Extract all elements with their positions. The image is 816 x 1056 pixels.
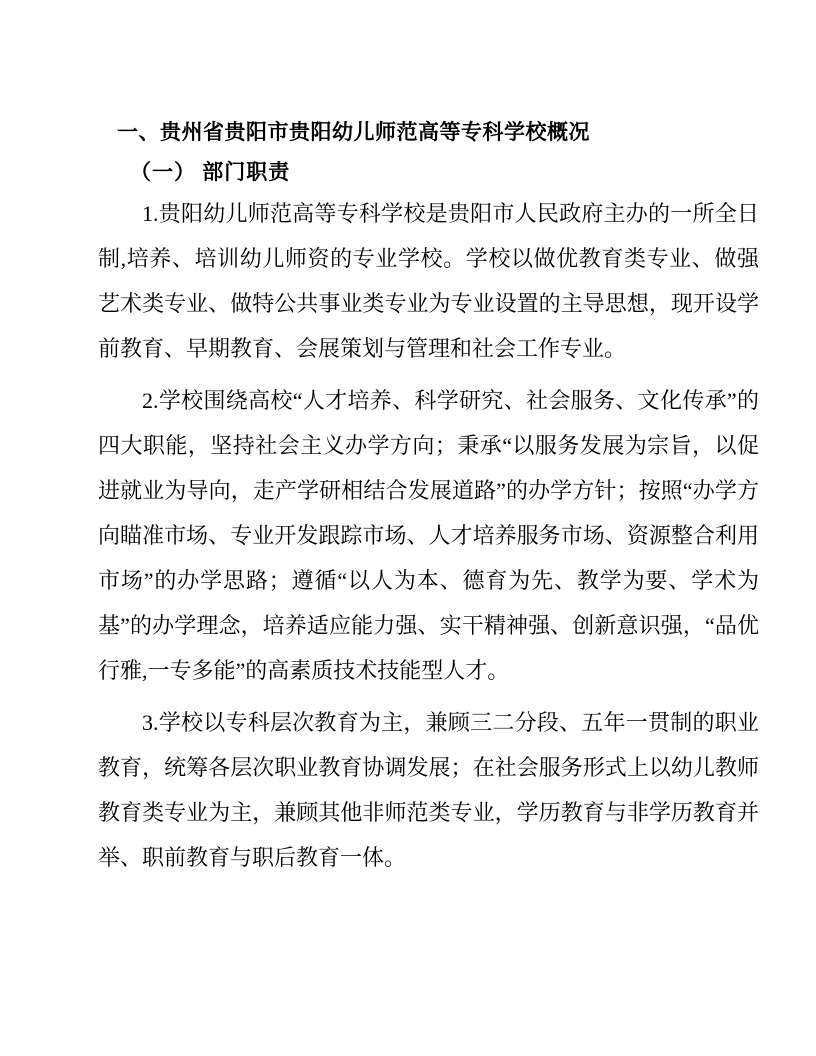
paragraph-education-levels: 3.学校以专科层次教育为主，兼顾三二分段、五年一贯制的职业教育，统筹各层次职业教… bbox=[98, 700, 759, 880]
document-content: 一、贵州省贵阳市贵阳幼儿师范高等专科学校概况 （一） 部门职责 1.贵阳幼儿师范… bbox=[98, 118, 759, 880]
document-page: 一、贵州省贵阳市贵阳幼儿师范高等专科学校概况 （一） 部门职责 1.贵阳幼儿师范… bbox=[0, 0, 816, 1056]
section-heading: 一、贵州省贵阳市贵阳幼儿师范高等专科学校概况 bbox=[98, 118, 759, 148]
subsection-heading: （一） 部门职责 bbox=[98, 157, 759, 187]
paragraph-school-philosophy: 2.学校围绕高校“人才培养、科学研究、社会服务、文化传承”的四大职能，坚持社会主… bbox=[98, 378, 759, 693]
paragraph-school-overview: 1.贵阳幼儿师范高等专科学校是贵阳市人民政府主办的一所全日制,培养、培训幼儿师资… bbox=[98, 191, 759, 371]
